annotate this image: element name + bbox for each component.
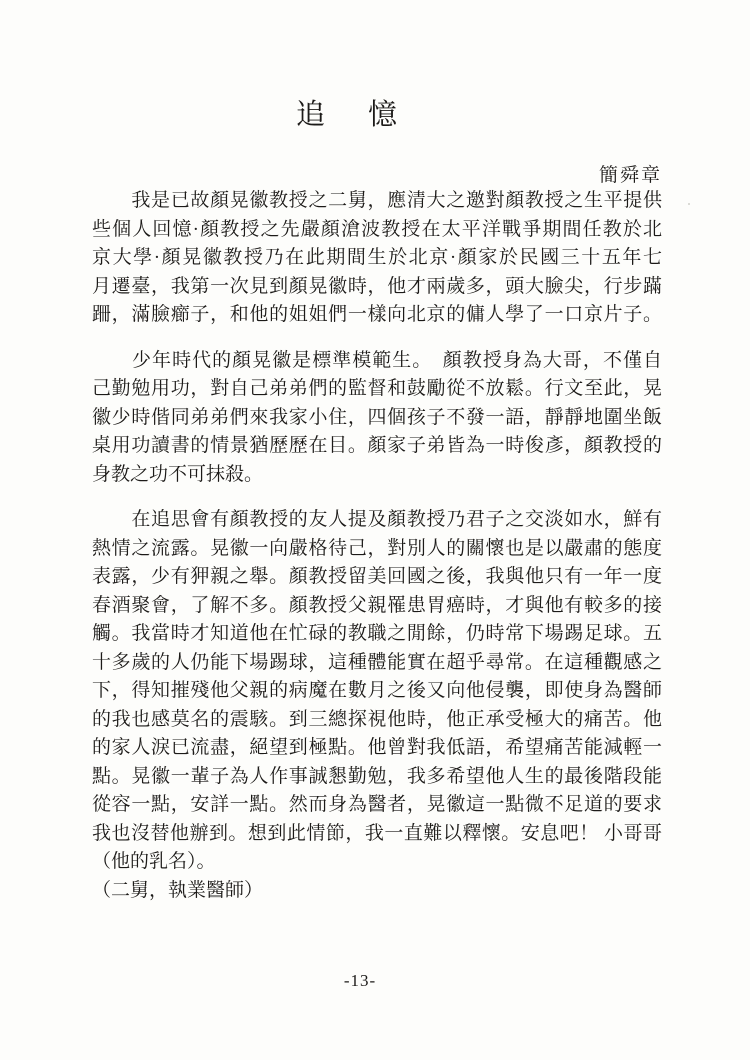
body-text: 我是已故顏晃徽教授之二舅，應清大之邀對顏教授之生平提供些個人回憶·顏教授之先嚴顏… — [92, 187, 662, 905]
text-line: 的我也感莫名的震駭。到三總探視他時，他正承受極大的痛苦。他 — [92, 706, 662, 735]
text-line: 在追思會有顏教授的友人提及顏教授乃君子之交淡如水，鮮有 — [92, 506, 662, 535]
scan-speck — [104, 742, 106, 745]
text-line: 跚，滿臉癤子，和他的姐姐們一樣向北京的傭人學了一口京片子。 — [92, 301, 662, 330]
page-number: -13- — [0, 971, 720, 991]
text-line: 少年時代的顏晃徽是標準模範生。 顏教授身為大哥，不僅自 — [92, 347, 662, 376]
paragraph: 在追思會有顏教授的友人提及顏教授乃君子之交淡如水，鮮有熱情之流露。晃徽一向嚴格待… — [92, 506, 662, 905]
paragraph: 少年時代的顏晃徽是標準模範生。 顏教授身為大哥，不僅自己勤勉用功，對自己弟弟們的… — [92, 347, 662, 490]
text-line: 些個人回憶·顏教授之先嚴顏滄波教授在太平洋戰爭期間任教於北 — [92, 216, 662, 245]
text-line: （二舅，執業醫師） — [92, 877, 662, 906]
text-line: 我是已故顏晃徽教授之二舅，應清大之邀對顏教授之生平提供 — [92, 187, 662, 216]
text-line: 從容一點，安詳一點。然而身為醫者，晃徽這一點微不足道的要求 — [92, 791, 662, 820]
text-line: 身教之功不可抹殺。 — [92, 461, 662, 490]
text-line: 表露，少有狎親之舉。顏教授留美回國之後，我與他只有一年一度 — [92, 563, 662, 592]
text-line: 徽少時偕同弟弟們來我家小住，四個孩子不發一語，靜靜地圍坐飯 — [92, 404, 662, 433]
scan-speck — [420, 519, 423, 523]
text-line: 京大學·顏晃徽教授乃在此期間生於北京·顏家於民國三十五年七 — [92, 244, 662, 273]
text-line: 十多歲的人仍能下場踢球，這種體能實在超乎尋常。在這種觀感之 — [92, 649, 662, 678]
text-line: 下，得知摧殘他父親的病魔在數月之後又向他侵襲，即使身為醫師 — [92, 677, 662, 706]
text-line: 月遷臺，我第一次見到顏晃徽時，他才兩歲多，頭大臉尖，行步蹣 — [92, 273, 662, 302]
paragraph: 我是已故顏晃徽教授之二舅，應清大之邀對顏教授之生平提供些個人回憶·顏教授之先嚴顏… — [92, 187, 662, 330]
text-line: 我也沒替他辦到。想到此情節，我一直難以釋懷。安息吧！ 小哥哥 — [92, 820, 662, 849]
page-title: 追 憶 — [0, 92, 700, 133]
text-line: 春酒聚會，了解不多。顏教授父親罹患胃癌時，才與他有較多的接 — [92, 592, 662, 621]
text-line: 己勤勉用功，對自己弟弟們的監督和鼓勵從不放鬆。行文至此，晃 — [92, 375, 662, 404]
text-line: （他的乳名）。 — [92, 848, 662, 877]
scan-speck — [688, 203, 690, 205]
text-line: 觸。我當時才知道他在忙碌的教職之閒餘，仍時常下場踢足球。五 — [92, 620, 662, 649]
scanned-document-page: 追 憶 簡舜章 我是已故顏晃徽教授之二舅，應清大之邀對顏教授之生平提供些個人回憶… — [0, 0, 750, 1060]
text-line: 點。晃徽一輩子為人作事誠懇勤勉，我多希望他人生的最後階段能 — [92, 763, 662, 792]
author-name: 簡舜章 — [92, 160, 662, 187]
text-line: 桌用功讀書的情景猶歷歷在目。顏家子弟皆為一時俊彥，顏教授的 — [92, 432, 662, 461]
text-line: 熱情之流露。晃徽一向嚴格待己，對別人的關懷也是以嚴肅的態度 — [92, 535, 662, 564]
text-line: 的家人淚已流盡，絕望到極點。他曾對我低語，希望痛苦能減輕一 — [92, 734, 662, 763]
